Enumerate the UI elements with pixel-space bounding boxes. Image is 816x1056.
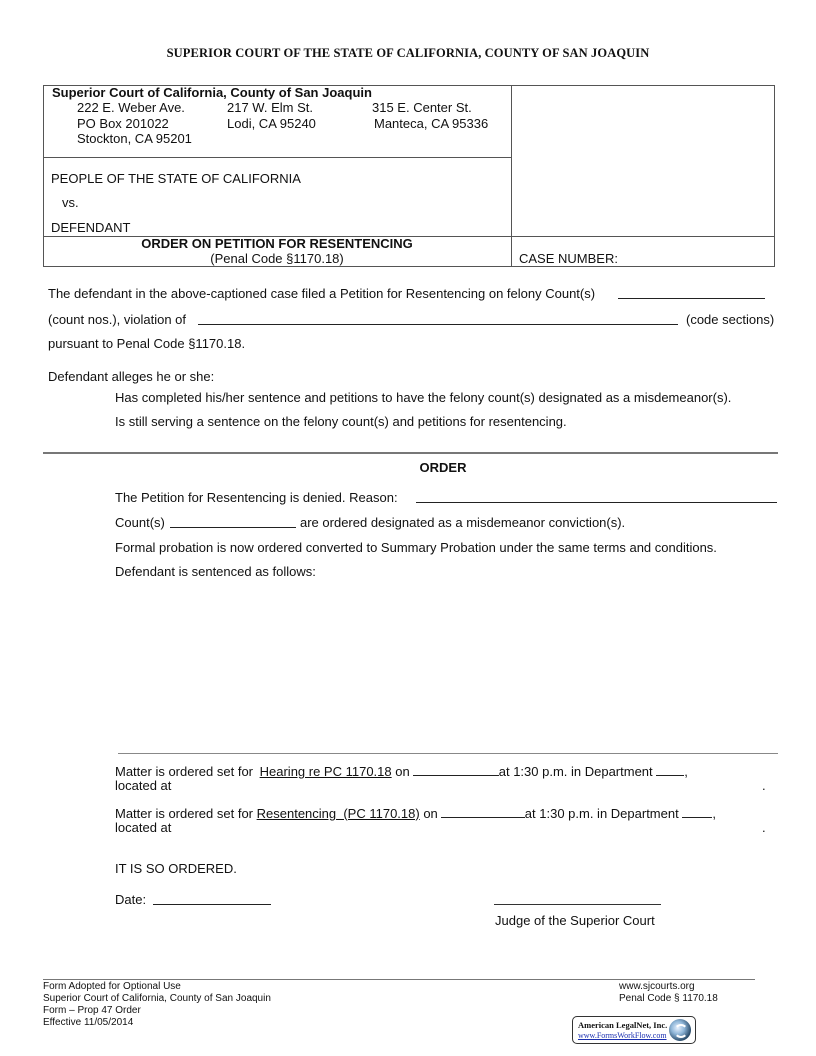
case-number-label: CASE NUMBER:	[519, 251, 618, 266]
logo-company-name: American LegalNet, Inc.	[578, 1020, 667, 1030]
hearing-department-field[interactable]	[656, 763, 684, 776]
footer-website-link[interactable]: www.sjcourts.org	[619, 981, 695, 992]
defendant-label: DEFENDANT	[51, 220, 130, 235]
versus-label: vs.	[62, 195, 79, 210]
manteca-address-line2: Manteca, CA 95336	[374, 116, 488, 131]
resentencing-period: .	[762, 820, 766, 835]
resentencing-prefix: Matter is ordered set for	[115, 806, 253, 821]
form-subtitle: (Penal Code §1170.18)	[43, 251, 511, 266]
hearing-comma: ,	[684, 764, 688, 779]
court-name: Superior Court of California, County of …	[52, 85, 372, 100]
misdemeanor-counts-field[interactable]	[170, 515, 296, 528]
so-ordered: IT IS SO ORDERED.	[115, 861, 237, 876]
allegation-option-completed[interactable]: Has completed his/her sentence and petit…	[115, 390, 731, 405]
footer-left-line1: Form Adopted for Optional Use	[43, 981, 181, 992]
hearing-located-label: located at	[115, 778, 171, 793]
hearing-date-field[interactable]	[413, 763, 499, 776]
hearing-row[interactable]: Matter is ordered set for Hearing re PC …	[115, 763, 688, 779]
lodi-address-line2: Lodi, CA 95240	[227, 116, 316, 131]
allegations-intro: Defendant alleges he or she:	[48, 369, 214, 384]
date-label: Date:	[115, 892, 146, 907]
stockton-address-line3: Stockton, CA 95201	[77, 131, 192, 146]
logo-website-link[interactable]: www.FormsWorkFlow.com	[578, 1031, 667, 1040]
sentence-text-area[interactable]	[115, 585, 777, 745]
section-divider	[43, 452, 778, 454]
resentencing-date-field[interactable]	[441, 805, 525, 818]
denied-reason-field[interactable]	[416, 490, 777, 503]
judge-label: Judge of the Superior Court	[495, 913, 655, 928]
sentence-divider	[118, 753, 778, 754]
hearing-period: .	[762, 778, 766, 793]
judge-signature-line[interactable]	[494, 904, 661, 905]
counts-suffix: are ordered designated as a misdemeanor …	[300, 515, 625, 530]
petition-line1: The defendant in the above-captioned cas…	[48, 286, 595, 301]
denied-label: The Petition for Resentencing is denied.…	[115, 490, 398, 505]
sentenced-label[interactable]: Defendant is sentenced as follows:	[115, 564, 316, 579]
hearing-type: Hearing re PC 1170.18	[260, 764, 392, 779]
case-number-field[interactable]	[625, 251, 765, 265]
felony-count-field[interactable]	[618, 286, 765, 299]
counts-prefix: Count(s)	[115, 515, 165, 530]
probation-text[interactable]: Formal probation is now ordered converte…	[115, 540, 717, 555]
order-heading: ORDER	[43, 460, 816, 475]
hearing-on: on	[395, 764, 409, 779]
resentencing-located-label: located at	[115, 820, 171, 835]
code-violation-field[interactable]	[198, 312, 678, 325]
resentencing-location-field[interactable]	[180, 820, 760, 834]
petition-line3: pursuant to Penal Code §1170.18.	[48, 336, 245, 351]
code-sections-label: (code sections)	[686, 312, 774, 327]
court-title: SUPERIOR COURT OF THE STATE OF CALIFORNI…	[0, 46, 816, 61]
hearing-location-field[interactable]	[180, 778, 760, 792]
footer-divider	[43, 979, 755, 980]
globe-icon	[669, 1019, 691, 1041]
footer-penal-code: Penal Code § 1170.18	[619, 993, 718, 1004]
resentencing-time: at 1:30 p.m. in Department	[525, 806, 679, 821]
hearing-time: at 1:30 p.m. in Department	[499, 764, 653, 779]
count-nos-label: (count nos.), violation of	[48, 312, 186, 327]
form-title: ORDER ON PETITION FOR RESENTENCING	[43, 236, 511, 251]
resentencing-comma: ,	[712, 806, 716, 821]
caption-row-divider	[43, 157, 511, 158]
resentencing-on: on	[423, 806, 437, 821]
stockton-address-line2: PO Box 201022	[77, 116, 169, 131]
allegation-option-serving[interactable]: Is still serving a sentence on the felon…	[115, 414, 567, 429]
footer-left-line4: Effective 11/05/2014	[43, 1017, 133, 1028]
hearing-prefix: Matter is ordered set for	[115, 764, 253, 779]
american-legalnet-logo[interactable]: American LegalNet, Inc. www.FormsWorkFlo…	[572, 1016, 696, 1044]
caption-divider	[511, 85, 512, 267]
stockton-address-line1: 222 E. Weber Ave.	[77, 100, 185, 115]
resentencing-department-field[interactable]	[682, 805, 712, 818]
footer-left-line3: Form – Prop 47 Order	[43, 1005, 141, 1016]
resentencing-row[interactable]: Matter is ordered set for Resentencing (…	[115, 805, 716, 821]
manteca-address-line1: 315 E. Center St.	[372, 100, 472, 115]
footer-left-line2: Superior Court of California, County of …	[43, 993, 271, 1004]
date-field[interactable]	[153, 892, 271, 905]
resentencing-type: Resentencing (PC 1170.18)	[257, 806, 420, 821]
lodi-address-line1: 217 W. Elm St.	[227, 100, 313, 115]
plaintiff-label: PEOPLE OF THE STATE OF CALIFORNIA	[51, 171, 301, 186]
